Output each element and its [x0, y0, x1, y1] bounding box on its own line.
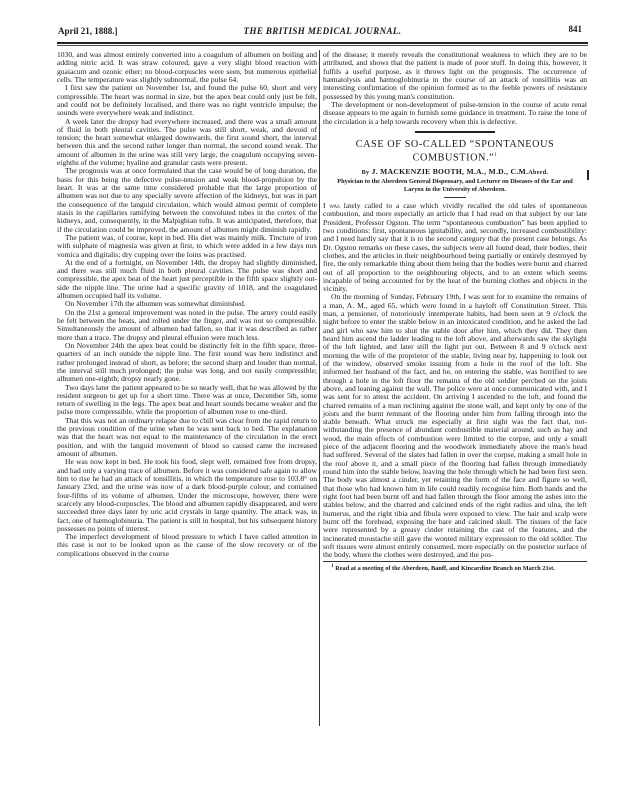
article-title-line1: CASE OF SO-CALLED “SPONTANEOUS — [356, 139, 555, 150]
article-title-line2: COMBUSTION.” — [413, 153, 495, 164]
paragraph: The imperfect development of blood press… — [57, 533, 317, 558]
footnote-mark: 1 — [331, 563, 334, 569]
footnote: 1 Read at a meeting of the Aberdeen, Ban… — [323, 563, 587, 572]
footnote-text: Read at a meeting of the Aberdeen, Banff… — [335, 566, 555, 573]
byline: By J. MACKENZIE BOOTH, M.A., M.D., C.M.A… — [323, 167, 587, 178]
left-column: 1030, and was almost entirely converted … — [57, 51, 317, 558]
article-title: CASE OF SO-CALLED “SPONTANEOUS COMBUSTIO… — [323, 139, 587, 164]
paragraph: That this was not an ordinary relapse du… — [57, 417, 317, 459]
title-footnote-mark: 1 — [494, 153, 497, 158]
paragraph: A week later the dropsy had everywhere i… — [57, 118, 317, 168]
page-number: 841 — [569, 24, 583, 34]
header-rule-thin — [57, 45, 588, 46]
paragraph: The development or non-development of pu… — [323, 101, 587, 126]
paragraph: The patient was, of course, kept in bed.… — [57, 234, 317, 259]
margin-mark — [587, 170, 589, 180]
paragraph-text: lately called to a case which vividly re… — [323, 201, 587, 293]
author-name: J. MACKENZIE BOOTH, M.A., M.D., C.M. — [372, 167, 529, 176]
author-affiliation: Physician to the Aberdeen General Dispen… — [323, 178, 587, 193]
paragraph: On the 21st a general improvement was no… — [57, 309, 317, 342]
byline-prefix: By — [362, 169, 370, 176]
column-divider — [319, 50, 320, 726]
journal-page: April 21, 1888.] THE BRITISH MEDICAL JOU… — [57, 0, 588, 789]
header-rule-thick — [57, 42, 588, 44]
right-column: of the disease; it merely reveals the co… — [323, 51, 587, 573]
paragraph: The prognosis was at once formulated tha… — [57, 167, 317, 234]
byline-separator-rule — [444, 197, 466, 198]
paragraph: On November 24th the apex beat could be … — [57, 342, 317, 384]
author-suffix: Aberd. — [528, 169, 548, 176]
paragraph: At the end of a fortnight, on November 1… — [57, 259, 317, 301]
paragraph: 1030, and was almost entirely converted … — [57, 51, 317, 84]
paragraph: On the morning of Sunday, February 19th,… — [323, 293, 587, 559]
running-head: April 21, 1888.] THE BRITISH MEDICAL JOU… — [57, 26, 588, 38]
article-separator-rule — [415, 131, 495, 133]
journal-title: THE BRITISH MEDICAL JOURNAL. — [57, 26, 588, 36]
footnote-rule — [323, 561, 587, 562]
paragraph: of the disease; it merely reveals the co… — [323, 51, 587, 101]
paragraph: Two days later the patient appeared to b… — [57, 384, 317, 417]
paragraph: He was now kept in bed. He took his food… — [57, 458, 317, 533]
paragraph: I was lately called to a case which vivi… — [323, 202, 587, 293]
paragraph: I first saw the patient on November 1st,… — [57, 84, 317, 117]
